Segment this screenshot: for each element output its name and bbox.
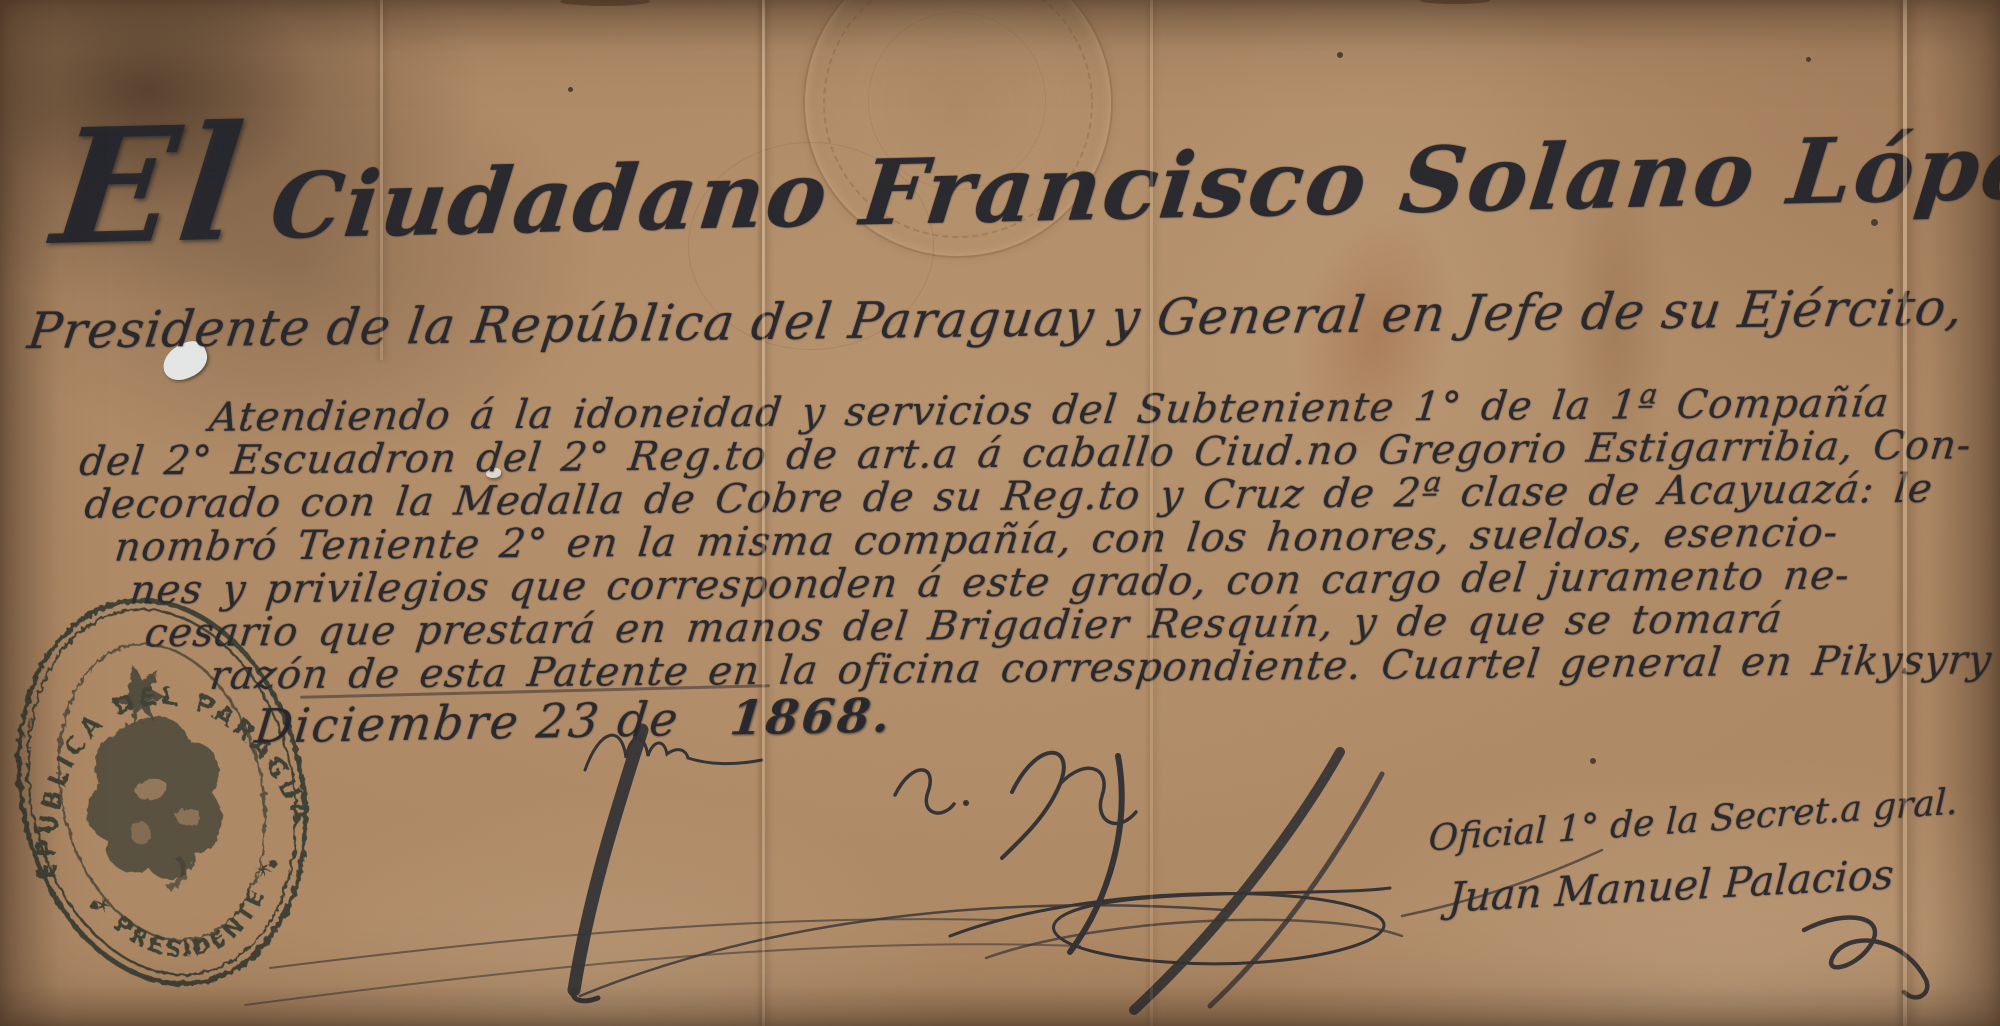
subtitle-line: Presidente de la República del Paraguay … [25,278,1968,360]
body-paragraph: Atendiendo á la idoneidad y servicios de… [38,381,2000,699]
document-heading: El Ciudadano Francisco Solano López Mari… [45,38,2000,281]
signature-strokes [245,730,1602,1010]
heading-salutation: El [45,91,255,281]
paper-tear [560,0,650,6]
secretary-rubric [1766,902,1966,1022]
paper-tear [1420,0,1490,4]
heading-name: Ciudadano Francisco Solano López Marisca… [265,101,2000,260]
document-page: REPUBLICA DEL PARAGUAY ✶ PRESIDENTE ✶ El… [0,0,2000,1026]
lopez-signature-flourishes [150,700,1950,1026]
stain [1337,52,1343,58]
